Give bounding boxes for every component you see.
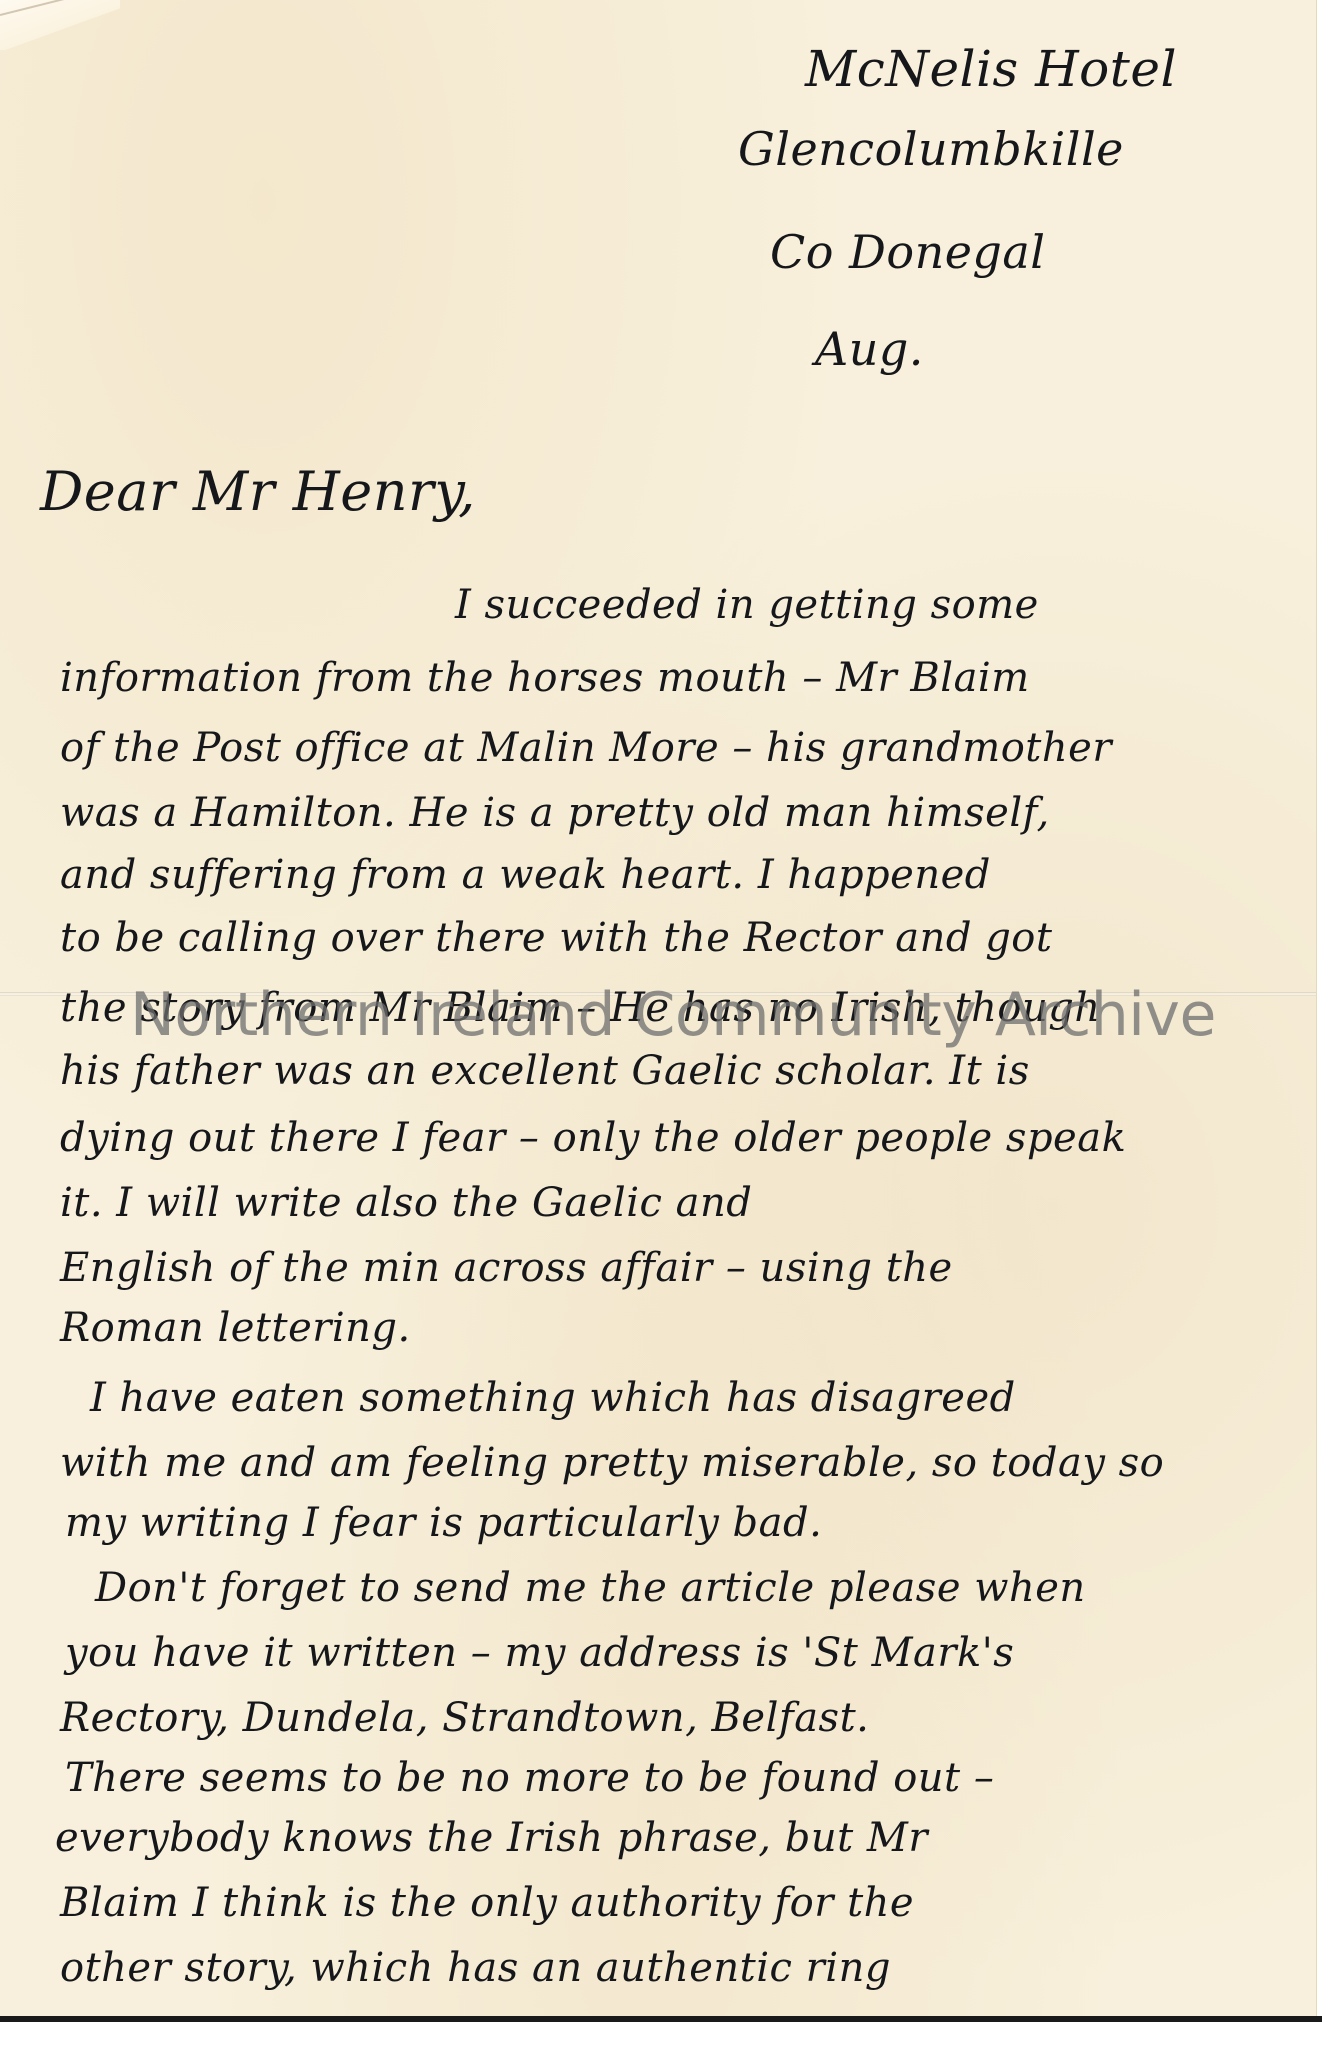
- body-line: and suffering from a weak heart. I happe…: [60, 852, 991, 898]
- address-town: Glencolumbkille: [738, 122, 1124, 176]
- salutation: Dear Mr Henry,: [40, 460, 476, 523]
- body-line: was a Hamilton. He is a pretty old man h…: [60, 790, 1050, 836]
- address-hotel: McNelis Hotel: [805, 40, 1177, 98]
- body-line: to be calling over there with the Rector…: [60, 915, 1052, 961]
- address-county: Co Donegal: [770, 225, 1046, 279]
- body-line: English of the min across affair – using…: [60, 1245, 953, 1291]
- torn-corner: [0, 0, 120, 50]
- body-line: Blaim I think is the only authority for …: [60, 1880, 914, 1926]
- letter-date: Aug.: [815, 322, 924, 376]
- archive-watermark: Northern Ireland Community Archive: [130, 980, 1216, 1050]
- body-line: There seems to be no more to be found ou…: [65, 1755, 994, 1801]
- body-line: my writing I fear is particularly bad.: [65, 1500, 822, 1546]
- body-line: dying out there I fear – only the older …: [60, 1115, 1126, 1161]
- paper-bottom-shadow: [0, 2016, 1322, 2022]
- body-line: Rectory, Dundela, Strandtown, Belfast.: [60, 1695, 869, 1741]
- body-line: I succeeded in getting some: [455, 582, 1039, 628]
- body-line: everybody knows the Irish phrase, but Mr: [55, 1815, 928, 1861]
- body-line: of the Post office at Malin More – his g…: [60, 725, 1112, 771]
- body-line: information from the horses mouth – Mr B…: [60, 655, 1030, 701]
- body-line: I have eaten something which has disagre…: [90, 1375, 1016, 1421]
- body-line: his father was an excellent Gaelic schol…: [60, 1048, 1030, 1094]
- body-line: it. I will write also the Gaelic and: [60, 1180, 752, 1226]
- body-line: Roman lettering.: [60, 1305, 411, 1351]
- body-line: Don't forget to send me the article plea…: [95, 1565, 1086, 1611]
- body-line: you have it written – my address is 'St …: [65, 1630, 1014, 1676]
- body-line: with me and am feeling pretty miserable,…: [60, 1440, 1164, 1486]
- body-line: other story, which has an authentic ring: [60, 1945, 891, 1991]
